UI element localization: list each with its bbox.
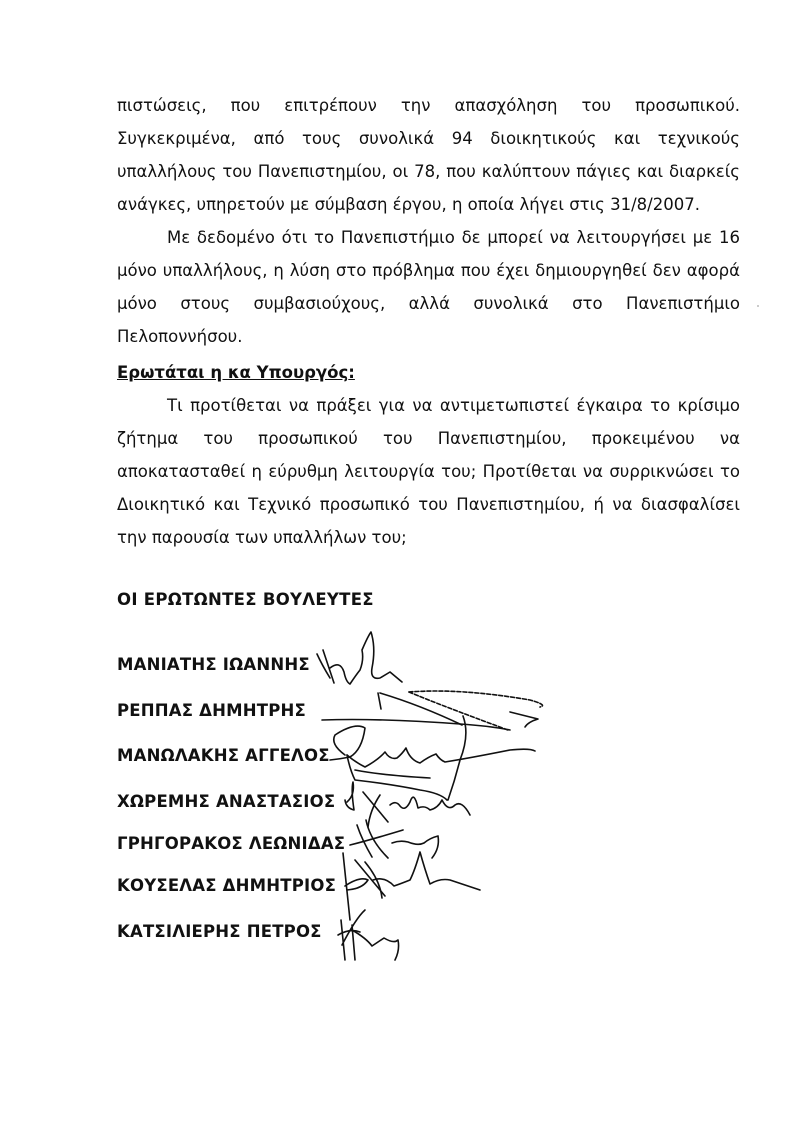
document-page: πιστώσεις, που επιτρέπουν την απασχόληση… [0, 0, 800, 1121]
signature-katsilieris [338, 910, 399, 960]
question-heading: Ερωτάται η κα Υπουργός: [117, 356, 355, 389]
signer-name: ΜΑΝΩΛΑΚΗΣ ΑΓΓΕΛΟΣ [117, 746, 330, 765]
signer-name: ΓΡΗΓΟΡΑΚΟΣ ΛΕΩΝΙΔΑΣ [117, 834, 345, 853]
question-heading-text: Ερωτάται η κα Υπουργός [117, 363, 348, 382]
signer-name: ΜΑΝΙΑΤΗΣ ΙΩΑΝΝΗΣ [117, 655, 310, 674]
scan-speck [757, 305, 759, 307]
signers-title: ΟΙ ΕΡΩΤΩΝΤΕΣ ΒΟΥΛΕΥΤΕΣ [117, 590, 374, 609]
paragraph-continuation: πιστώσεις, που επιτρέπουν την απασχόληση… [117, 89, 740, 221]
paragraph-2-text: Με δεδομένο ότι το Πανεπιστήμιο δε μπορε… [117, 221, 740, 353]
signer-name: ΧΩΡΕΜΗΣ ΑΝΑΣΤΑΣΙΟΣ [117, 792, 335, 811]
signer-name: ΚΟΥΣΕΛΑΣ ΔΗΜΗΤΡΙΟΣ [117, 876, 336, 895]
signer-name: ΚΑΤΣΙΛΙΕΡΗΣ ΠΕΤΡΟΣ [117, 922, 322, 941]
signer-name: ΡΕΠΠΑΣ ΔΗΜΗΤΡΗΣ [117, 701, 306, 720]
paragraph-university-staff: Με δεδομένο ότι το Πανεπιστήμιο δε μπορε… [117, 221, 740, 353]
signature-kouselas [343, 852, 480, 920]
paragraph-3-text: Τι προτίθεται να πράξει για να αντιμετωπ… [117, 389, 740, 554]
question-heading-colon: : [348, 363, 355, 382]
signature-reppas [322, 691, 542, 800]
signature-grigorakos [350, 820, 438, 858]
signature-manolakis [330, 726, 535, 800]
signature-maniatis [317, 632, 402, 684]
signature-choremis [345, 782, 470, 827]
paragraph-question: Τι προτίθεται να πράξει για να αντιμετωπ… [117, 389, 740, 554]
paragraph-1-text: πιστώσεις, που επιτρέπουν την απασχόληση… [117, 89, 740, 221]
